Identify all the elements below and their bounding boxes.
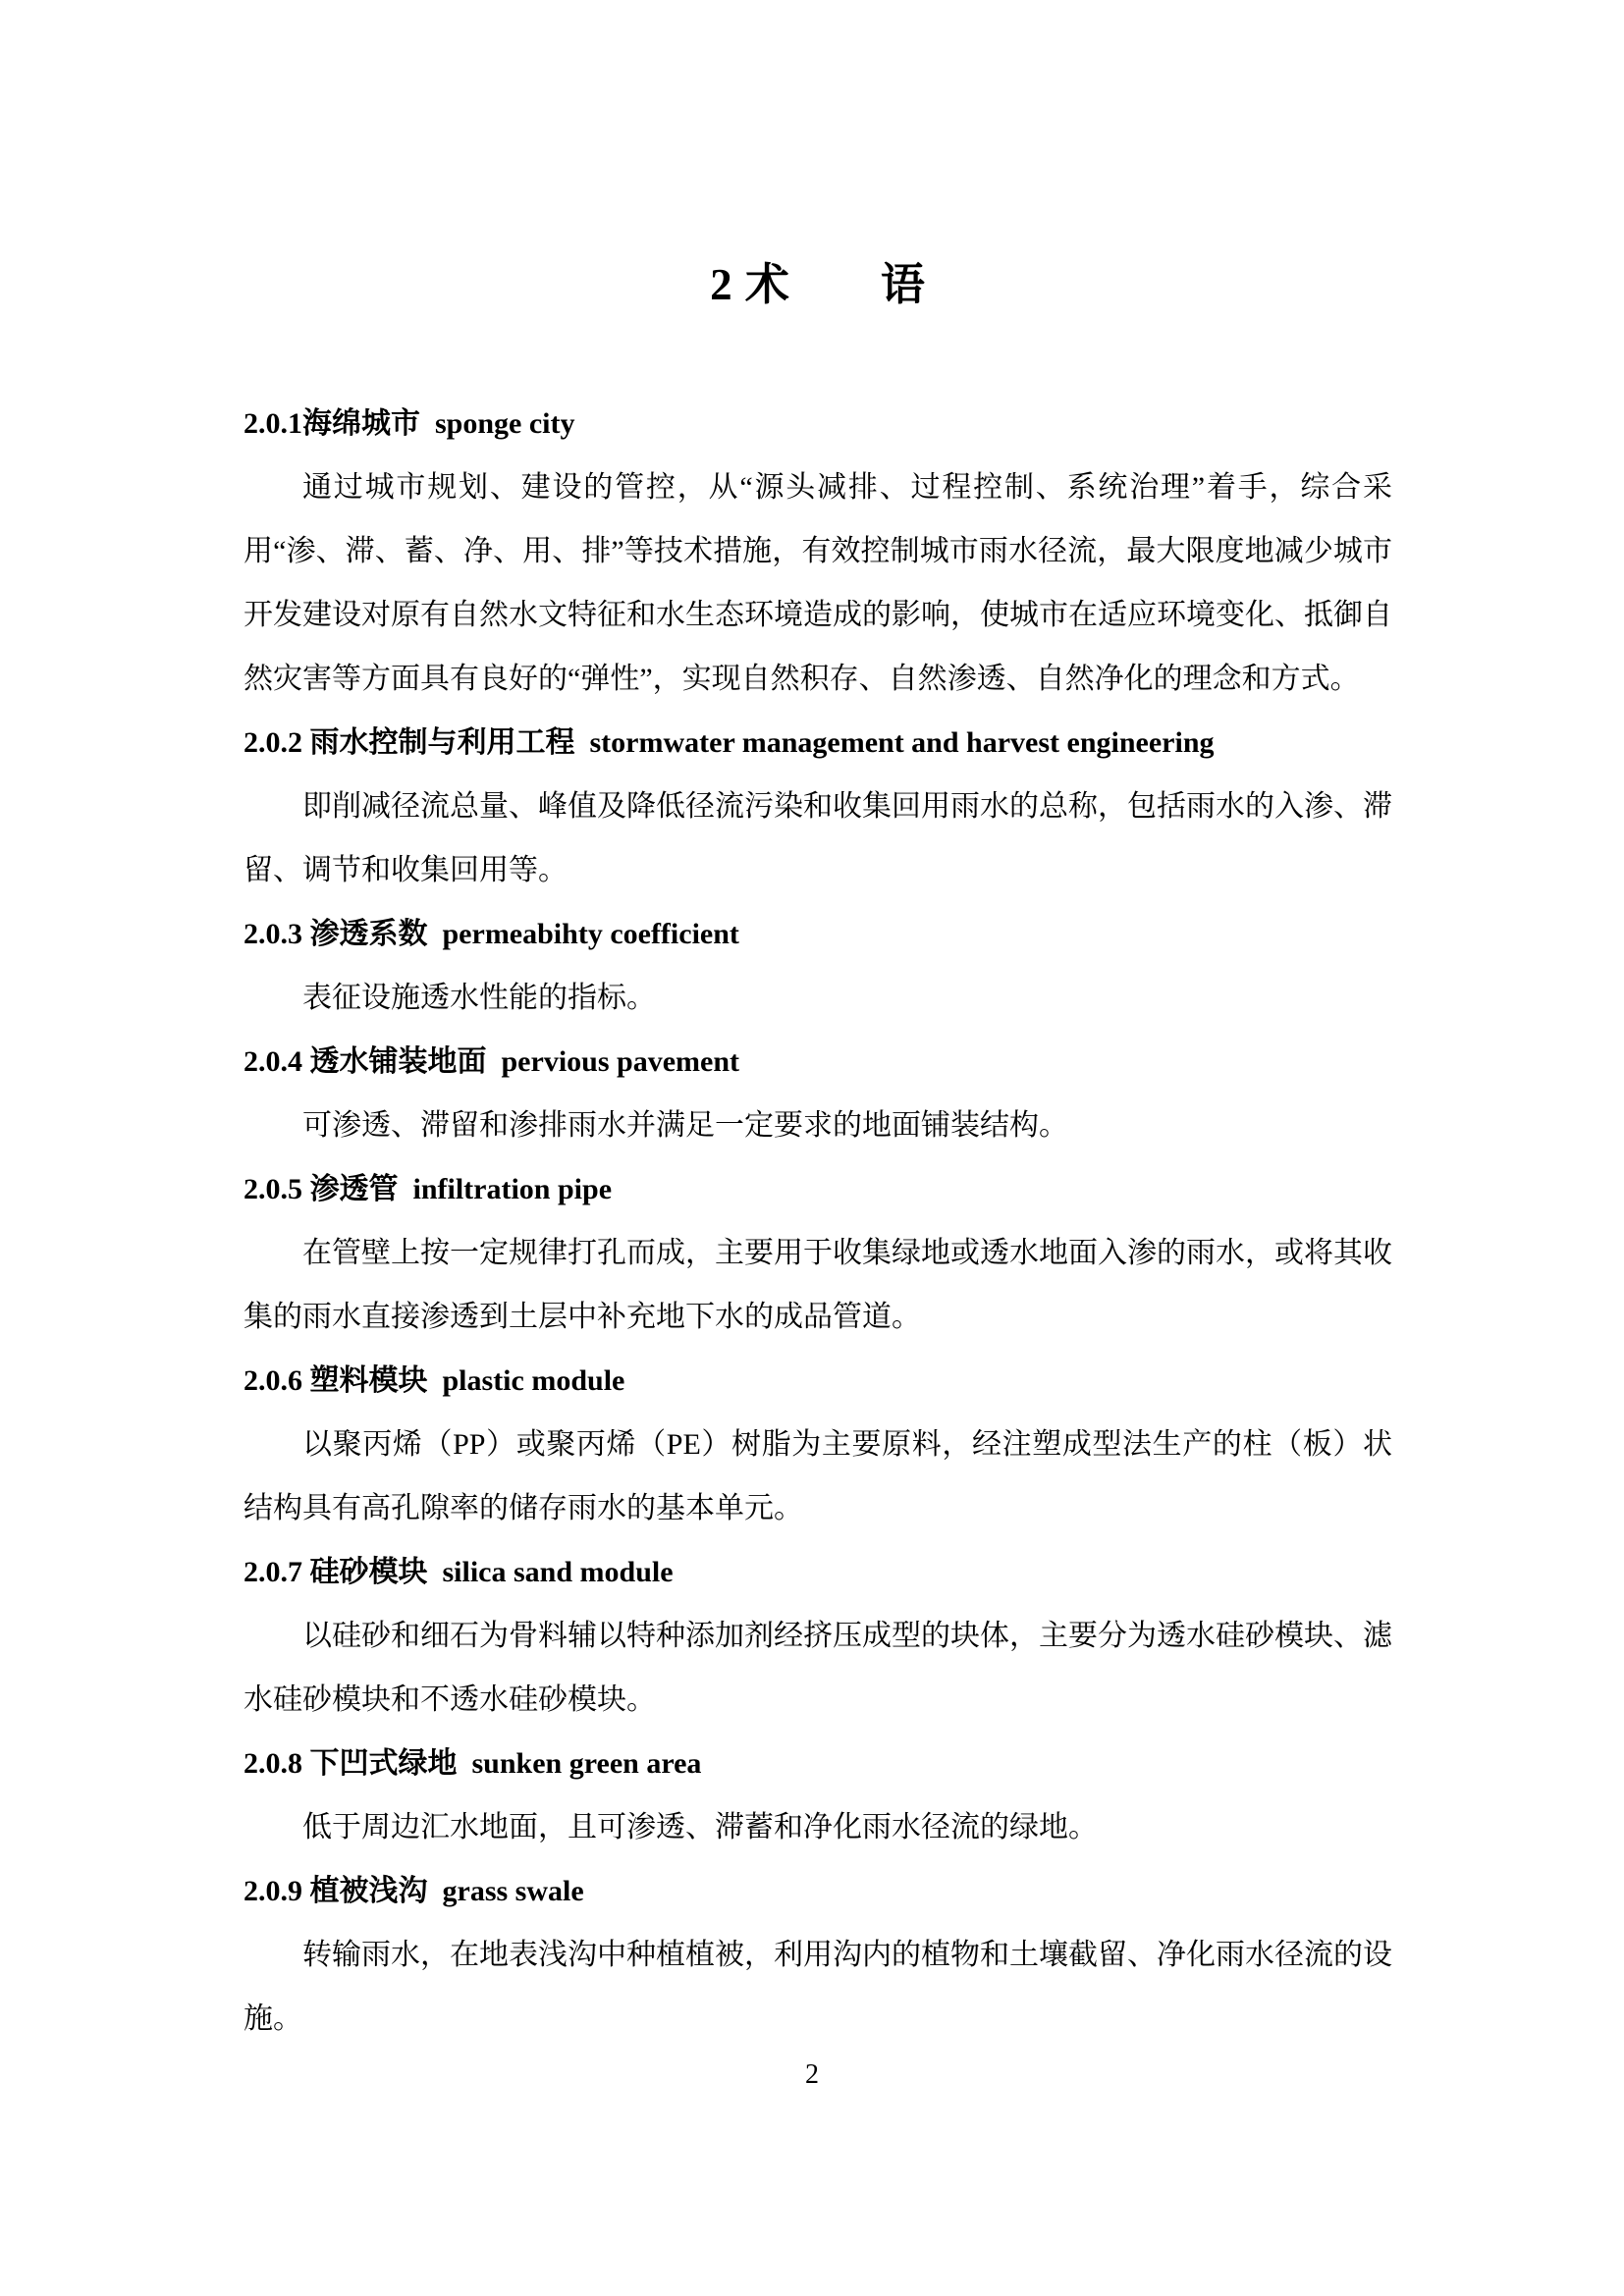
chapter-title: 2 术 语 <box>244 259 1392 310</box>
term-definition: 表征设施透水性能的指标。 <box>244 966 1392 1030</box>
term-entry-2-0-7: 2.0.7 硅砂模块 silica sand module 以硅砂和细石为骨料辅… <box>244 1540 1392 1732</box>
term-definition: 可渗透、滞留和渗排雨水并满足一定要求的地面铺装结构。 <box>244 1094 1392 1157</box>
term-definition: 即削减径流总量、峰值及降低径流污染和收集回用雨水的总称，包括雨水的入渗、滞留、调… <box>244 774 1392 902</box>
term-heading: 2.0.7 硅砂模块 silica sand module <box>244 1540 1392 1604</box>
term-entry-2-0-6: 2.0.6 塑料模块 plastic module 以聚丙烯（PP）或聚丙烯（P… <box>244 1349 1392 1540</box>
term-entry-2-0-5: 2.0.5 渗透管 infiltration pipe 在管壁上按一定规律打孔而… <box>244 1157 1392 1349</box>
term-heading: 2.0.4 透水铺装地面 pervious pavement <box>244 1030 1392 1094</box>
term-heading: 2.0.1海绵城市 sponge city <box>244 392 1392 455</box>
term-entry-2-0-3: 2.0.3 渗透系数 permeabihty coefficient 表征设施透… <box>244 902 1392 1030</box>
term-entry-2-0-9: 2.0.9 植被浅沟 grass swale 转输雨水，在地表浅沟中种植植被，利… <box>244 1859 1392 2051</box>
document-page: 2 术 语 2.0.1海绵城市 sponge city 通过城市规划、建设的管控… <box>0 0 1624 2296</box>
term-heading: 2.0.9 植被浅沟 grass swale <box>244 1859 1392 1923</box>
term-entry-2-0-1: 2.0.1海绵城市 sponge city 通过城市规划、建设的管控，从“源头减… <box>244 392 1392 711</box>
term-entry-2-0-4: 2.0.4 透水铺装地面 pervious pavement 可渗透、滞留和渗排… <box>244 1030 1392 1157</box>
page-number: 2 <box>0 2059 1624 2091</box>
term-heading: 2.0.2 雨水控制与利用工程 stormwater management an… <box>244 711 1392 774</box>
term-definition: 转输雨水，在地表浅沟中种植植被，利用沟内的植物和土壤截留、净化雨水径流的设施。 <box>244 1923 1392 2051</box>
term-definition: 低于周边汇水地面，且可渗透、滞蓄和净化雨水径流的绿地。 <box>244 1795 1392 1859</box>
term-heading: 2.0.6 塑料模块 plastic module <box>244 1349 1392 1413</box>
term-definition: 以聚丙烯（PP）或聚丙烯（PE）树脂为主要原料，经注塑成型法生产的柱（板）状结构… <box>244 1413 1392 1540</box>
term-definition: 在管壁上按一定规律打孔而成，主要用于收集绿地或透水地面入渗的雨水，或将其收集的雨… <box>244 1221 1392 1349</box>
term-heading: 2.0.5 渗透管 infiltration pipe <box>244 1157 1392 1221</box>
page-content: 2 术 语 2.0.1海绵城市 sponge city 通过城市规划、建设的管控… <box>0 259 1624 2051</box>
term-entry-2-0-2: 2.0.2 雨水控制与利用工程 stormwater management an… <box>244 711 1392 902</box>
term-definition: 通过城市规划、建设的管控，从“源头减排、过程控制、系统治理”着手，综合采用“渗、… <box>244 455 1392 711</box>
term-definition: 以硅砂和细石为骨料辅以特种添加剂经挤压成型的块体，主要分为透水硅砂模块、滤水硅砂… <box>244 1604 1392 1732</box>
term-heading: 2.0.3 渗透系数 permeabihty coefficient <box>244 902 1392 966</box>
term-heading: 2.0.8 下凹式绿地 sunken green area <box>244 1732 1392 1795</box>
term-entry-2-0-8: 2.0.8 下凹式绿地 sunken green area 低于周边汇水地面，且… <box>244 1732 1392 1859</box>
